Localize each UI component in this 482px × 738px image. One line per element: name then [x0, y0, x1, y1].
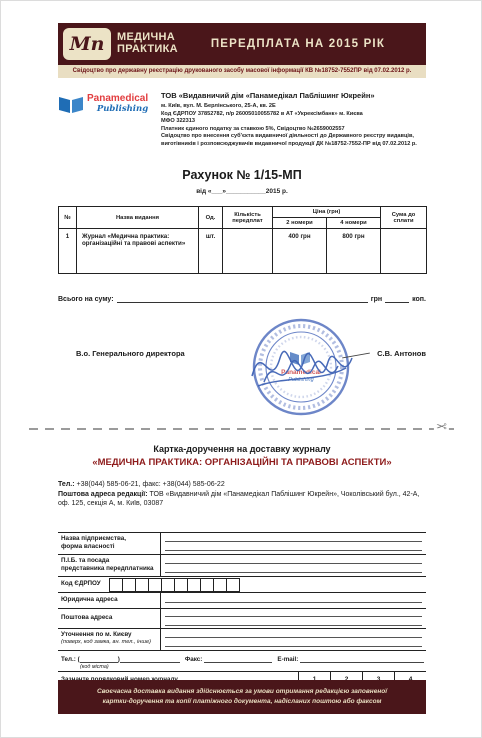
registration-strip: Свідоцтво про державну реєстрацію друков… [58, 65, 426, 78]
footer-note: Своєчасна доставка видання здійснюється … [58, 680, 426, 714]
invoice-title: Рахунок № 1/15-МП [58, 168, 426, 182]
phone-fax-email-row: Тел.: ( ) Факс: E-mail: (код міста) [58, 651, 426, 671]
row-price-4: 800 грн [327, 229, 381, 274]
company-label: Назва підприємства, форма власності [58, 533, 161, 554]
write-line [165, 645, 422, 647]
total-kop-label: коп. [412, 296, 426, 303]
digit-box [161, 578, 175, 592]
delivery-form: Назва підприємства, форма власності П.І.… [58, 532, 426, 688]
signature-block: В.о. Генерального директора Panamedical … [58, 316, 426, 418]
subscription-banner: ПЕРЕДПЛАТА НА 2015 РІК [178, 38, 426, 50]
masthead: Мп МЕДИЧНА ПРАКТИКА ПЕРЕДПЛАТА НА 2015 Р… [58, 23, 426, 65]
col-header-qty: Кількість передплат [223, 207, 273, 229]
representative-field [161, 555, 426, 576]
write-line [165, 549, 422, 551]
delivery-card-title: Картка-доручення на доставку журналу [1, 444, 482, 454]
publisher-certificate: Свідоцтво про внесення суб'єкта видавнич… [161, 133, 426, 148]
row-num: 1 [59, 229, 77, 274]
publisher-name: ТОВ «Видавничий дім «Панамедікал Пабліши… [161, 91, 426, 100]
total-label: Всього на суму: [58, 296, 114, 303]
total-amount-blank [117, 295, 368, 303]
publisher-logo: Panamedical Publishing [58, 91, 158, 148]
digit-box [200, 578, 214, 592]
col-header-num: № [59, 207, 77, 229]
contact-postal-line: Поштова адреса редакції: ТОВ «Видавничий… [58, 490, 426, 509]
kyiv-details-label: Уточнення по м. Києву (поверх, код замка… [58, 629, 161, 650]
signer-role: В.о. Генерального директора [76, 349, 185, 358]
tel-blank [120, 655, 180, 663]
email-label: E-mail: [277, 656, 298, 663]
digit-box [122, 578, 136, 592]
digit-box [135, 578, 149, 592]
table-row: 1 Журнал «Медична практика: організаційн… [59, 229, 427, 274]
publisher-info: ТОВ «Видавничий дім «Панамедікал Пабліши… [158, 91, 426, 148]
postal-label: Поштова адреса редакції: [58, 491, 148, 498]
digit-box [148, 578, 162, 592]
scissors-icon: ✂ [434, 420, 449, 433]
representative-label: П.І.Б. та посада представника передплатн… [58, 555, 161, 576]
col-header-price: Ціна (грн) [273, 207, 381, 218]
fax-blank [204, 655, 272, 663]
write-line [165, 571, 422, 573]
legal-address-field [161, 593, 426, 608]
row-sum [381, 229, 427, 274]
digit-box [109, 578, 123, 592]
editorial-contacts: Тел.: +38(044) 585-06-21, факс: +38(044)… [58, 480, 426, 509]
total-kop-blank [385, 295, 409, 303]
journal-title: МЕДИЧНА ПРАКТИКА [117, 32, 178, 55]
delivery-card-journal-title: «МЕДИЧНА ПРАКТИКА: ОРГАНІЗАЦІЙНІ ТА ПРАВ… [1, 457, 482, 468]
edrpou-label: Код ЄДРПОУ [58, 577, 110, 592]
write-line [165, 540, 422, 542]
row-price-2: 400 грн [273, 229, 327, 274]
kyiv-details-field [161, 629, 426, 650]
digit-box [213, 578, 227, 592]
city-code-blank [80, 655, 118, 663]
signer-name: С.В. Антонов [377, 349, 426, 358]
col-header-unit: Од. [199, 207, 223, 229]
form-row-company: Назва підприємства, форма власності [58, 532, 426, 554]
journal-logo: Мп [63, 28, 111, 60]
write-line [165, 624, 422, 626]
col-header-price-4: 4 номери [327, 218, 381, 229]
col-header-sum: Сума до сплати [381, 207, 427, 229]
publisher-mfo: МФО 322313 [161, 118, 426, 126]
legal-address-label: Юридична адреса [58, 593, 161, 608]
postal-address-field [161, 609, 426, 628]
col-header-price-2: 2 номери [273, 218, 327, 229]
publisher-address: м. Київ, вул. М. Берлінського, 25-А, кв.… [161, 103, 426, 111]
invoice-table: № Назва видання Од. Кількість передплат … [58, 206, 427, 274]
total-hrn-label: грн [371, 296, 382, 303]
form-row-edrpou: Код ЄДРПОУ [58, 576, 426, 592]
fax-label: Факс: [185, 656, 203, 663]
row-unit: шт. [199, 229, 223, 274]
contact-phone-line: Тел.: +38(044) 585-06-21, факс: +38(044)… [58, 480, 426, 490]
cut-here-line: ✂ [29, 428, 455, 430]
tel-label: Тел.: ( [61, 656, 80, 663]
form-row-phone: Тел.: ( ) Факс: E-mail: (код міста) [58, 650, 426, 671]
invoice-date-line: від «___»___________2015 р. [58, 188, 426, 195]
total-line: Всього на суму: грн коп. [58, 295, 426, 303]
write-line [165, 601, 422, 603]
col-header-name: Назва видання [77, 207, 199, 229]
form-row-postal-address: Поштова адреса [58, 608, 426, 628]
publisher-logo-text: Panamedical Publishing [87, 94, 148, 114]
city-code-note: (код міста) [80, 664, 109, 670]
publisher-block: Panamedical Publishing ТОВ «Видавничий д… [58, 91, 426, 148]
publisher-logo-name: Panamedical [87, 94, 148, 104]
open-book-icon [58, 94, 84, 114]
form-row-representative: П.І.Б. та посада представника передплатн… [58, 554, 426, 576]
write-line [165, 636, 422, 638]
form-row-legal-address: Юридична адреса [58, 592, 426, 608]
digit-box [226, 578, 240, 592]
form-row-kyiv-details: Уточнення по м. Києву (поверх, код замка… [58, 628, 426, 650]
phone-value: +38(044) 585-06-21, факс: +38(044) 585-0… [77, 481, 225, 488]
journal-title-line2: ПРАКТИКА [117, 44, 178, 56]
write-line [165, 562, 422, 564]
email-blank [300, 655, 424, 663]
edrpou-boxes [110, 577, 240, 592]
publisher-logo-sub: Publishing [87, 104, 148, 114]
phone-label: Тел.: [58, 481, 75, 488]
company-field [161, 533, 426, 554]
publisher-edrpou: Код ЄДРПОУ 37852782, п/р 26005010055782 … [161, 111, 426, 119]
subscription-invoice-page: Мп МЕДИЧНА ПРАКТИКА ПЕРЕДПЛАТА НА 2015 Р… [0, 0, 482, 738]
journal-monogram-icon: Мп [70, 35, 105, 54]
row-journal-name: Журнал «Медична практика: організаційні … [77, 229, 199, 274]
digit-box [187, 578, 201, 592]
digit-box [174, 578, 188, 592]
round-stamp-icon: Panamedical Publishing [246, 312, 356, 422]
row-qty [223, 229, 273, 274]
postal-address-label: Поштова адреса [58, 609, 161, 628]
write-line [165, 615, 422, 617]
